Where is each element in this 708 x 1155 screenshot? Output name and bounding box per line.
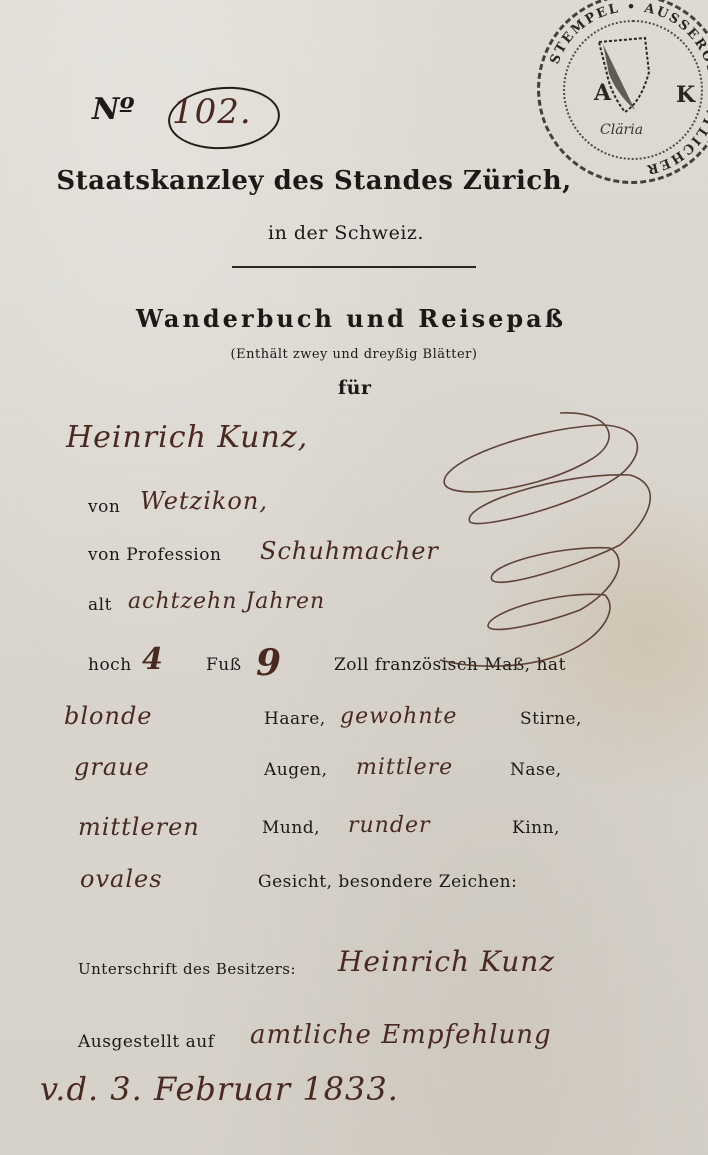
hair-label: Haare, — [264, 709, 326, 729]
chin-label: Kinn, — [512, 818, 560, 838]
eyes-label: Augen, — [264, 760, 328, 780]
origin-label: von — [88, 497, 120, 517]
issued-label: Ausgestellt auf — [78, 1032, 215, 1052]
issue-date: v.d. 3. Februar 1833. — [40, 1070, 399, 1108]
for-label: für — [338, 377, 372, 399]
age-label: alt — [88, 595, 112, 615]
mouth-value: mittleren — [78, 813, 200, 841]
holder-name: Heinrich Kunz, — [66, 420, 308, 455]
stamp-letter-right: K — [676, 82, 695, 108]
height-label: hoch — [88, 655, 132, 675]
signature-label: Unterschrift des Besitzers: — [78, 960, 296, 978]
nose-label: Nase, — [510, 760, 562, 780]
issued-value: amtliche Empfehlung — [250, 1020, 552, 1050]
height-unit-suffix: Zoll französisch Maß, hat — [334, 655, 566, 675]
holder-signature: Heinrich Kunz — [338, 945, 555, 978]
origin-value: Wetzikon, — [140, 487, 268, 515]
face-value: ovales — [80, 865, 163, 893]
face-label: Gesicht, besondere Zeichen: — [258, 872, 517, 892]
height-feet: 4 — [142, 642, 164, 677]
document-number: 102. — [172, 92, 252, 132]
document-subheading: (Enthält zwey und dreyßig Blätter) — [0, 347, 708, 362]
mouth-label: Mund, — [262, 818, 320, 838]
number-prefix: Nº — [92, 92, 134, 127]
document-heading: Wanderbuch und Reisepaß — [0, 304, 705, 333]
forehead-label: Stirne, — [520, 709, 582, 729]
height-inches: 9 — [256, 642, 282, 684]
stamp-letter-left: A — [594, 80, 611, 106]
hair-value: blonde — [64, 702, 153, 730]
issuer-title: Staatskanzley des Standes Zürich, — [0, 166, 668, 196]
forehead-value: gewohnte — [340, 704, 457, 729]
height-feet-unit: Fuß — [206, 655, 242, 675]
issuer-subtitle: in der Schweiz. — [0, 222, 700, 244]
profession-label: von Profession — [88, 545, 221, 565]
profession-value: Schuhmacher — [260, 537, 439, 565]
stamp-bottom-text: Cläria — [600, 122, 643, 138]
document-page: Nº 102. STEMPEL • AUSSERORDENTLICHER A K… — [0, 0, 708, 1155]
chin-value: runder — [348, 813, 430, 838]
nose-value: mittlere — [356, 755, 453, 780]
header-divider — [232, 266, 476, 268]
eyes-value: graue — [74, 753, 150, 781]
age-value: achtzehn Jahren — [128, 589, 325, 614]
